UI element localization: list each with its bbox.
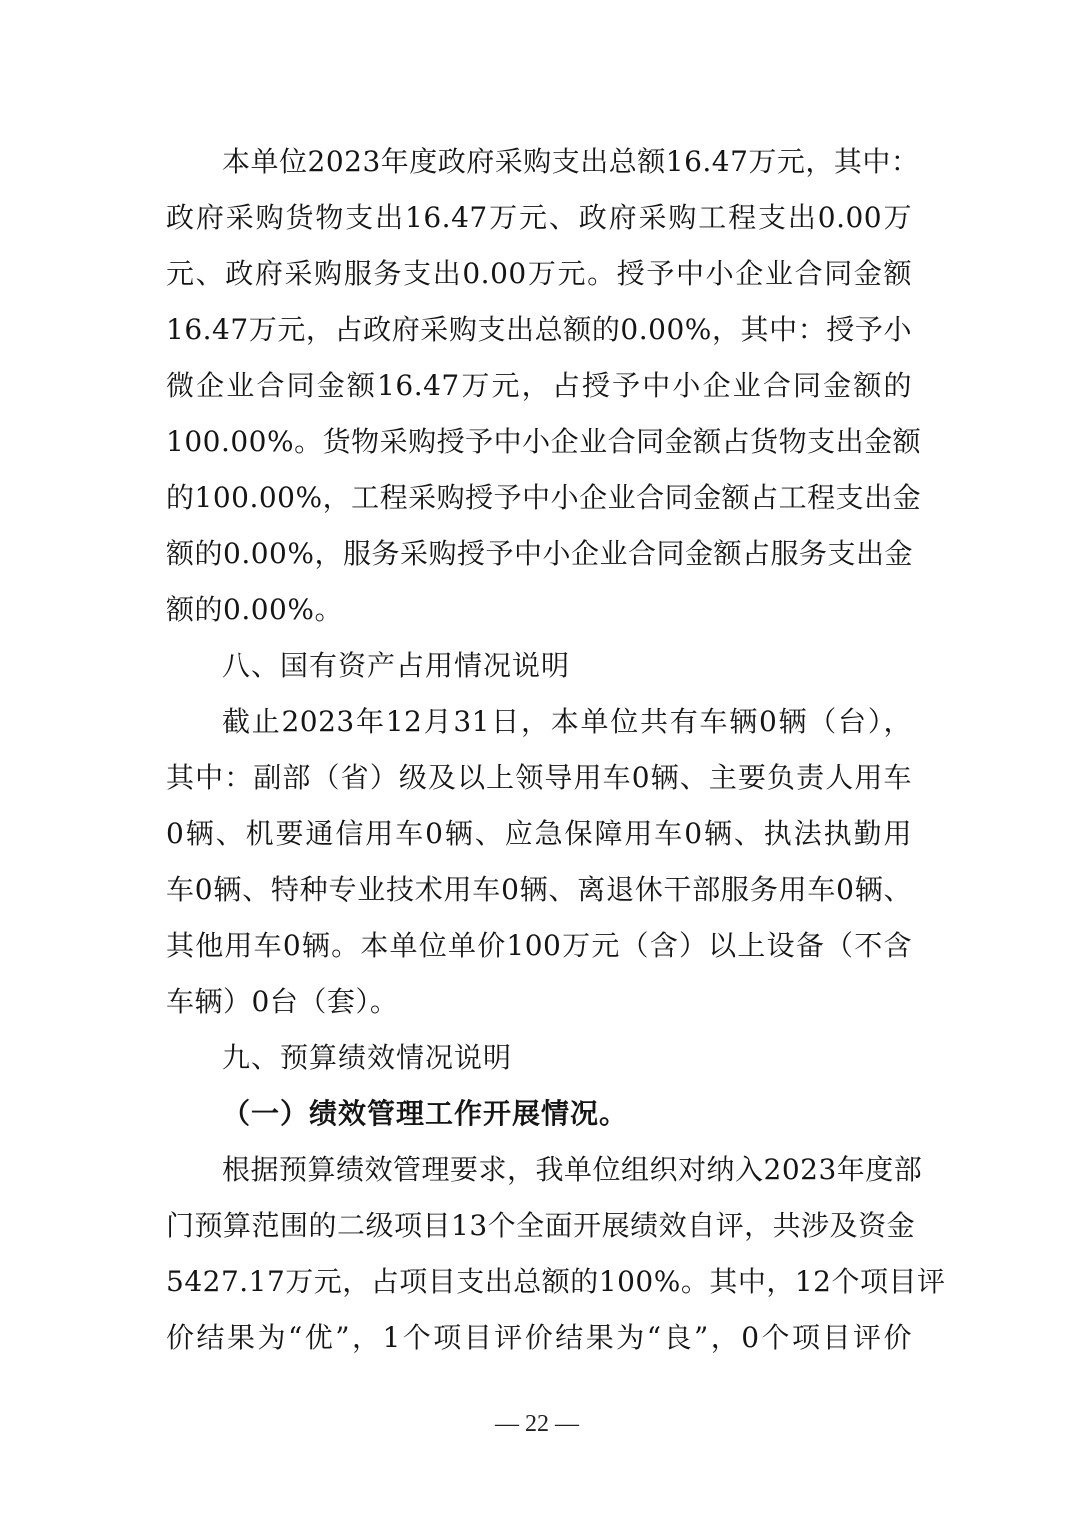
section-heading-budget-performance: 九、预算绩效情况说明 — [222, 1038, 512, 1078]
paragraph-line: 微企业合同金额16.47万元，占授予中小企业合同金额的 — [166, 366, 912, 406]
subsection-heading-performance-management: （一）绩效管理工作开展情况。 — [222, 1094, 628, 1134]
paragraph-line: 的100.00%，工程采购授予中小企业合同金额占工程支出金 — [166, 478, 912, 518]
paragraph-line: 100.00%。货物采购授予中小企业合同金额占货物支出金额 — [166, 422, 912, 462]
paragraph-line: 额的0.00%。 — [166, 590, 912, 630]
paragraph-line: 其中：副部（省）级及以上领导用车0辆、主要负责人用车 — [166, 758, 912, 798]
paragraph-line: 本单位2023年度政府采购支出总额16.47万元，其中： — [222, 142, 912, 182]
paragraph-line: 额的0.00%，服务采购授予中小企业合同金额占服务支出金 — [166, 534, 912, 574]
paragraph-line: 政府采购货物支出16.47万元、政府采购工程支出0.00万 — [166, 198, 912, 238]
paragraph-line: 元、政府采购服务支出0.00万元。授予中小企业合同金额 — [166, 254, 912, 294]
paragraph-line: 16.47万元，占政府采购支出总额的0.00%，其中：授予小 — [166, 310, 912, 350]
paragraph-line: 0辆、机要通信用车0辆、应急保障用车0辆、执法执勤用 — [166, 814, 912, 854]
paragraph-line: 车0辆、特种专业技术用车0辆、离退休干部服务用车0辆、 — [166, 870, 912, 910]
paragraph-line: 车辆）0台（套）。 — [166, 982, 912, 1022]
paragraph-line: 价结果为“优”，1个项目评价结果为“良”，0个项目评价 — [166, 1318, 912, 1358]
page-number: — 22 — — [0, 1408, 1074, 1440]
section-heading-state-assets: 八、国有资产占用情况说明 — [222, 646, 570, 686]
paragraph-line: 5427.17万元，占项目支出总额的100%。其中，12个项目评 — [166, 1262, 912, 1302]
paragraph-line: 其他用车0辆。本单位单价100万元（含）以上设备（不含 — [166, 926, 912, 966]
document-page: 本单位2023年度政府采购支出总额16.47万元，其中： 政府采购货物支出16.… — [0, 0, 1074, 1520]
paragraph-line: 根据预算绩效管理要求，我单位组织对纳入2023年度部 — [222, 1150, 912, 1190]
paragraph-line: 门预算范围的二级项目13个全面开展绩效自评，共涉及资金 — [166, 1206, 912, 1246]
paragraph-line: 截止2023年12月31日，本单位共有车辆0辆（台）， — [222, 702, 912, 742]
